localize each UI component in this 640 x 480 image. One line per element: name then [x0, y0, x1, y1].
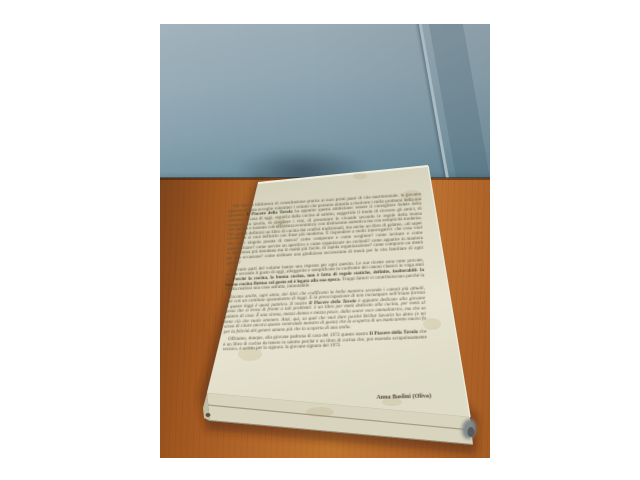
- page-corner-dark-spot: [206, 413, 211, 417]
- book-paragraph: Nel farsi la biblioteca di consultazione…: [226, 193, 423, 267]
- text-block: Nel farsi la biblioteca di consultazione…: [206, 182, 445, 411]
- photograph: Nel farsi la biblioteca di consultazione…: [160, 24, 490, 458]
- author-signature: Anna Baslini (Oliva): [376, 394, 431, 402]
- page-background: Nel farsi la biblioteca di consultazione…: [0, 0, 640, 480]
- book-paragraph: Escono anche, ogni anno, dei libri che c…: [224, 286, 427, 336]
- damaged-corner-dark: [468, 427, 475, 437]
